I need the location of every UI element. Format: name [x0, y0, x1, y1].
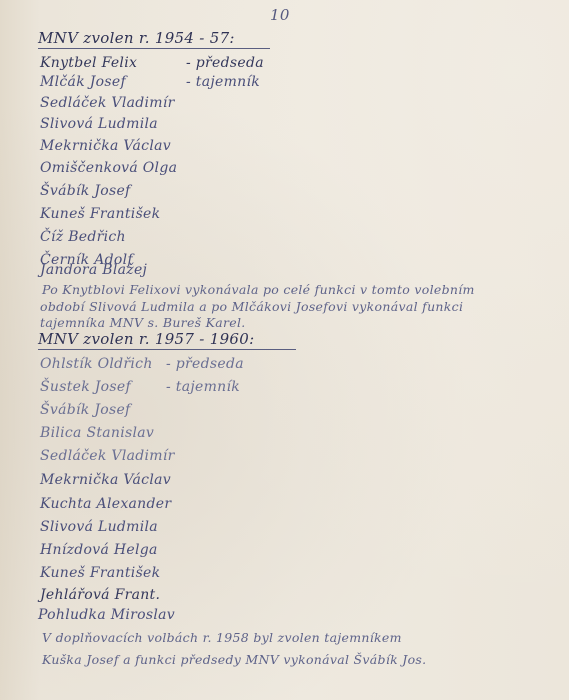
member-name: Sedláček Vladimír [40, 95, 175, 111]
member-name: Omiščenková Olga [40, 160, 177, 176]
note-line: Kuška Josef a funkci předsedy MNV vykoná… [42, 652, 426, 667]
member-name: Knytbel Felix [40, 55, 137, 71]
member-name: Mlčák Josef [40, 74, 126, 90]
note-line: V doplňovacích volbách r. 1958 byl zvole… [42, 630, 402, 645]
member-name: Bilica Stanislav [40, 425, 154, 441]
member-name: Mekrnička Václav [40, 138, 171, 154]
member-name: Pohludka Miroslav [38, 607, 175, 623]
handwritten-page: 10 MNV zvolen r. 1954 - 57: Knytbel Feli… [0, 0, 569, 700]
section2-heading: MNV zvolen r. 1957 - 1960: [38, 330, 296, 350]
member-name: Švábík Josef [40, 402, 131, 418]
member-name: Sedláček Vladimír [40, 448, 175, 464]
member-role: - tajemník [186, 74, 260, 90]
member-role: - předseda [166, 356, 244, 372]
member-name: Kuneš František [40, 565, 160, 581]
member-name: Kuchta Alexander [40, 496, 171, 512]
member-name: Kuneš František [40, 206, 160, 222]
member-name: Ohlstík Oldřich [40, 356, 153, 372]
member-role: - tajemník [166, 379, 240, 395]
member-name: Číž Bedřich [40, 229, 126, 245]
member-role: - předseda [186, 55, 264, 71]
member-name: Šustek Josef [40, 379, 131, 395]
note-line: období Slivová Ludmila a po Mlčákovi Jos… [40, 299, 463, 314]
member-name: Jandora Blažej [40, 262, 147, 278]
member-name: Hnízdová Helga [40, 542, 158, 558]
member-name: Slivová Ludmila [40, 116, 158, 132]
member-name: Slivová Ludmila [40, 519, 158, 535]
member-name: Švábík Josef [40, 183, 131, 199]
member-name: Jehlářová Frant. [40, 587, 160, 603]
section1-heading: MNV zvolen r. 1954 - 57: [38, 29, 270, 49]
note-line: tajemníka MNV s. Bureš Karel. [40, 315, 246, 330]
page-number: 10 [270, 6, 290, 24]
member-name: Mekrnička Václav [40, 472, 171, 488]
note-line: Po Knytblovi Felixovi vykonávala po celé… [42, 282, 475, 297]
